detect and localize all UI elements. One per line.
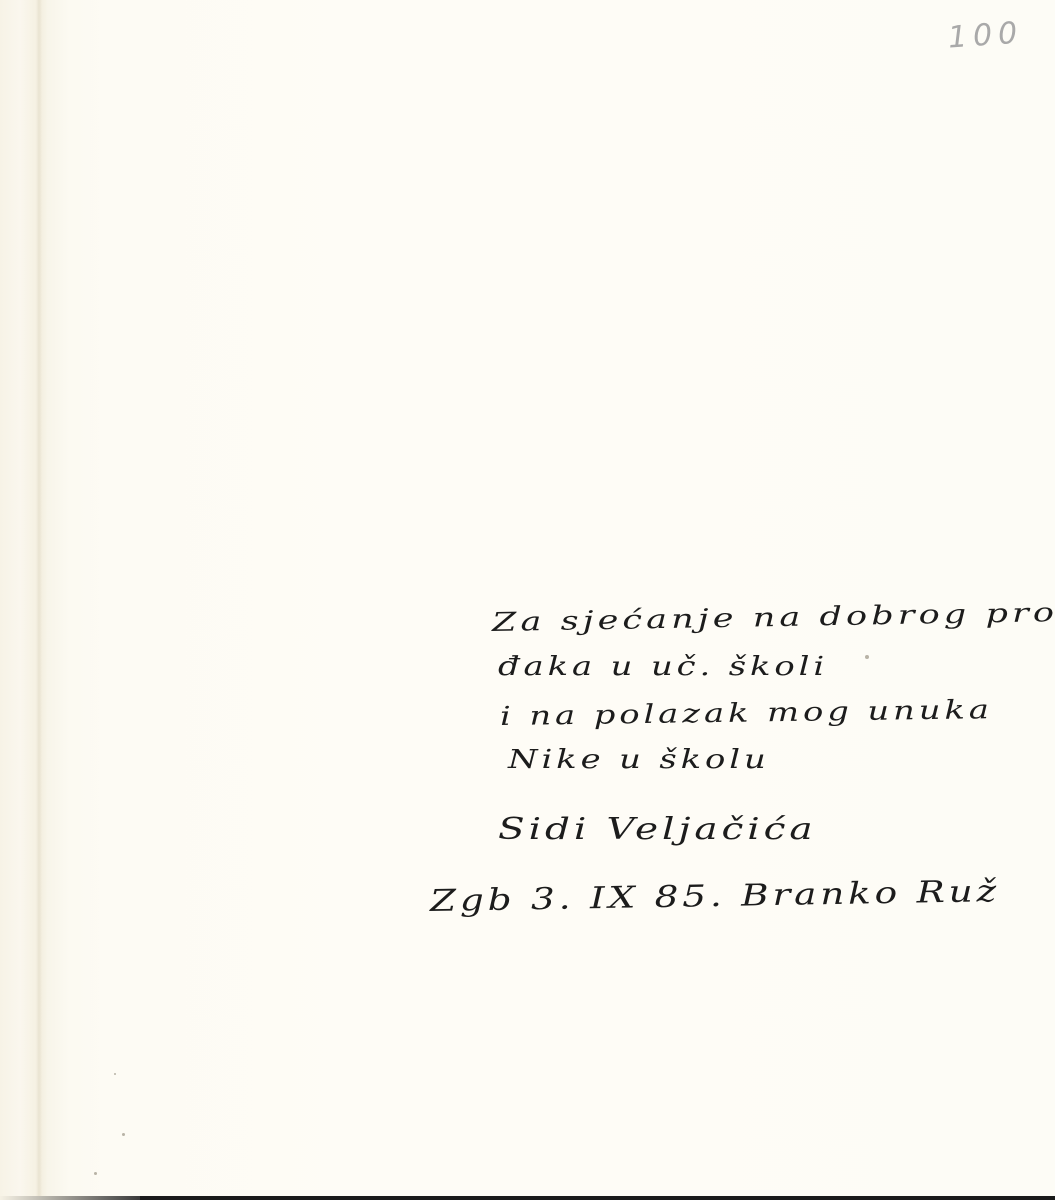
paper-speck [114,1073,116,1075]
spine-crease [36,0,42,1196]
scan-edge [140,1196,1055,1200]
paper-speck [865,655,869,659]
inscription-line-3: i na polazak mog unuka [500,695,993,732]
inscription-line-2: đaka u uč. školi [498,652,828,682]
inscription-dedicatee: Sidi Veljačića [498,812,817,847]
scan-edge [0,1196,140,1200]
paper-speck [122,1133,125,1136]
inscription-line-1: Za sjećanje na dobrog profesora [492,596,1055,638]
pencil-page-number: 100 [947,15,1025,55]
book-page: 100 Za sjećanje na dobrog profesora đaka… [0,0,1055,1196]
paper-speck [94,1172,97,1175]
inscription-line-4: Nike u školu [508,745,770,775]
inscription-date-signature: Zgb 3. IX 85. Branko Ruž [430,874,1001,919]
